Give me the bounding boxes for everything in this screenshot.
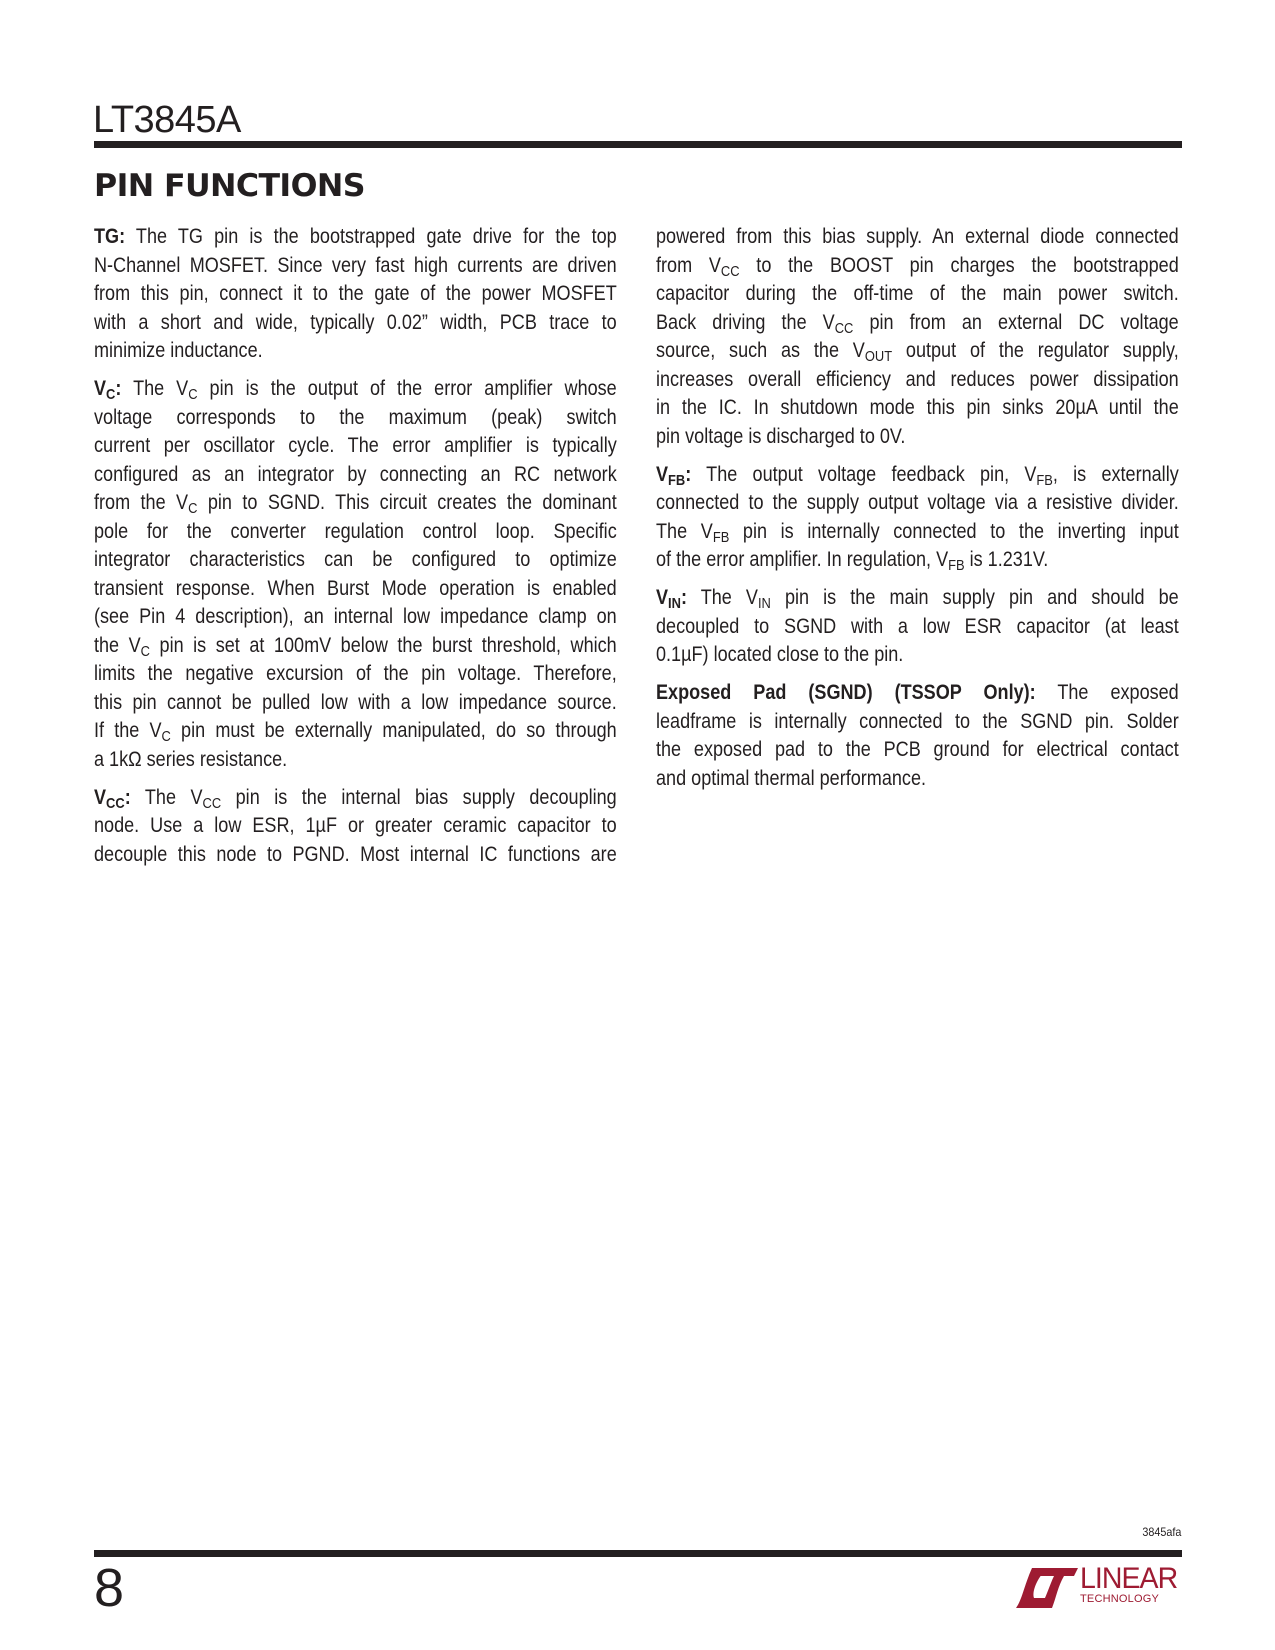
left-column: TG: The TG pin is the bootstrapped gate … bbox=[94, 223, 618, 879]
text-line: this pin cannot be pulled low with a low… bbox=[94, 689, 617, 718]
pin-description-vcc: VCC: The VCC pin is the internal bias su… bbox=[94, 784, 618, 870]
pin-description-vc: VC: The VC pin is the output of the erro… bbox=[94, 375, 618, 774]
text-line: node. Use a low ESR, 1µF or greater cera… bbox=[94, 812, 617, 841]
text-line: N-Channel MOSFET. Since very fast high c… bbox=[94, 252, 617, 281]
text-line: decouple this node to PGND. Most interna… bbox=[94, 841, 617, 870]
pin-label-vin: VIN: bbox=[656, 586, 687, 609]
text-line: of the error amplifier. In regulation, V… bbox=[656, 546, 1179, 575]
text-line: from the VC pin to SGND. This circuit cr… bbox=[94, 489, 617, 518]
text-line: pole for the converter regulation contro… bbox=[94, 518, 617, 547]
text-line: current per oscillator cycle. The error … bbox=[94, 432, 617, 461]
text-line: VIN: The VIN pin is the main supply pin … bbox=[656, 584, 1179, 613]
text-line: pin voltage is discharged to 0V. bbox=[656, 423, 1179, 452]
text-line: and optimal thermal performance. bbox=[656, 765, 1179, 794]
document-code: 3845afa bbox=[1142, 1525, 1181, 1539]
right-column: powered from this bias supply. An extern… bbox=[656, 223, 1180, 803]
text-line: (see Pin 4 description), an internal low… bbox=[94, 603, 617, 632]
pin-description-vcc-continued: powered from this bias supply. An extern… bbox=[656, 223, 1180, 451]
text-line: in the IC. In shutdown mode this pin sin… bbox=[656, 394, 1179, 423]
text-line: connected to the supply output voltage v… bbox=[656, 489, 1179, 518]
text-line: transient response. When Burst Mode oper… bbox=[94, 575, 617, 604]
text-line: increases overall efficiency and reduces… bbox=[656, 366, 1179, 395]
text-line: from VCC to the BOOST pin charges the bo… bbox=[656, 252, 1179, 281]
text-line: integrator characteristics can be config… bbox=[94, 546, 617, 575]
text-line: VC: The VC pin is the output of the erro… bbox=[94, 375, 617, 404]
text-line: decoupled to SGND with a low ESR capacit… bbox=[656, 613, 1179, 642]
text-line: TG: The TG pin is the bootstrapped gate … bbox=[94, 223, 617, 252]
text-line: limits the negative excursion of the pin… bbox=[94, 660, 617, 689]
text-line: VCC: The VCC pin is the internal bias su… bbox=[94, 784, 617, 813]
pin-description-exposed-pad: Exposed Pad (SGND) (TSSOP Only): The exp… bbox=[656, 679, 1180, 793]
header-rule bbox=[94, 141, 1182, 148]
text-line: capacitor during the off-time of the mai… bbox=[656, 280, 1179, 309]
pin-label-vfb: VFB: bbox=[656, 463, 691, 486]
text-line: a 1kΩ series resistance. bbox=[94, 746, 617, 775]
text-line: configured as an integrator by connectin… bbox=[94, 461, 617, 490]
text-line: Back driving the VCC pin from an externa… bbox=[656, 309, 1179, 338]
pin-label-tg: TG: bbox=[94, 225, 125, 248]
part-number: LT3845A bbox=[93, 100, 241, 140]
text-line: voltage corresponds to the maximum (peak… bbox=[94, 404, 617, 433]
section-title: PIN FUNCTIONS bbox=[94, 168, 365, 204]
lt-logo-mark-icon bbox=[1016, 1566, 1078, 1610]
text-line: Exposed Pad (SGND) (TSSOP Only): The exp… bbox=[656, 679, 1179, 708]
pin-description-vin: VIN: The VIN pin is the main supply pin … bbox=[656, 584, 1180, 670]
text-line: powered from this bias supply. An extern… bbox=[656, 223, 1179, 252]
pin-label-vc: VC: bbox=[94, 377, 121, 400]
text-line: the exposed pad to the PCB ground for el… bbox=[656, 736, 1179, 765]
text-line: The VFB pin is internally connected to t… bbox=[656, 518, 1179, 547]
text-line: VFB: The output voltage feedback pin, VF… bbox=[656, 461, 1179, 490]
text-line: from this pin, connect it to the gate of… bbox=[94, 280, 617, 309]
text-line: leadframe is internally connected to the… bbox=[656, 708, 1179, 737]
logo-wordmark: LINEAR bbox=[1080, 1564, 1177, 1594]
linear-technology-logo: LINEAR TECHNOLOGY bbox=[1016, 1566, 1184, 1612]
page-number: 8 bbox=[94, 1561, 124, 1615]
text-line: source, such as the VOUT output of the r… bbox=[656, 337, 1179, 366]
text-line: 0.1µF) located close to the pin. bbox=[656, 641, 1179, 670]
footer-rule bbox=[94, 1550, 1182, 1557]
text-line: with a short and wide, typically 0.02” w… bbox=[94, 309, 617, 338]
text-line: If the VC pin must be externally manipul… bbox=[94, 717, 617, 746]
pin-label-exposed-pad: Exposed Pad (SGND) (TSSOP Only): bbox=[656, 681, 1036, 704]
pin-description-tg: TG: The TG pin is the bootstrapped gate … bbox=[94, 223, 618, 366]
text-line: the VC pin is set at 100mV below the bur… bbox=[94, 632, 617, 661]
pin-label-vcc: VCC: bbox=[94, 786, 131, 809]
pin-description-vfb: VFB: The output voltage feedback pin, VF… bbox=[656, 461, 1180, 575]
text-line: minimize inductance. bbox=[94, 337, 617, 366]
logo-subtitle: TECHNOLOGY bbox=[1080, 1593, 1159, 1605]
